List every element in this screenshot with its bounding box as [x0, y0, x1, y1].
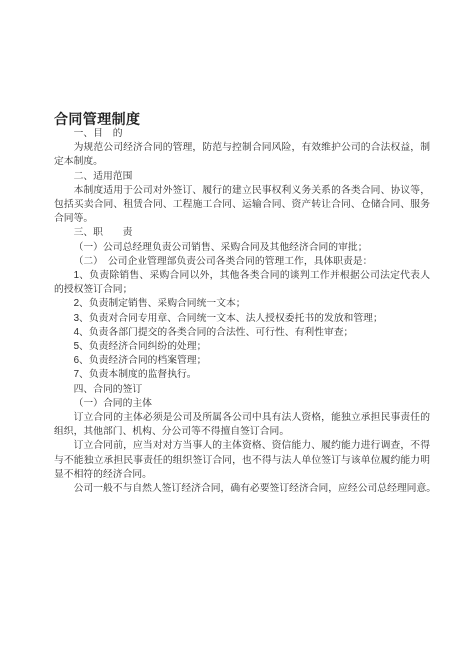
paragraph: 订立合同的主体必须是公司及所属各公司中具有法人资格，能独立承担民事责任的组织，其… [54, 411, 430, 439]
list-item: 1、负责除销售、采购合同以外，其他各类合同的谈判工作并根据公司法定代表人的授权签… [54, 269, 430, 297]
paragraph: 公司一般不与自然人签订经济合同，确有必要签订经济合同，应经公司总经理同意。 [54, 482, 430, 496]
document-page: 合同管理制度 一、目 的 为规范公司经济合同的管理，防范与控制合同风险，有效维护… [0, 0, 463, 655]
paragraph: （一）公司总经理负责公司销售、采购合同及其他经济合同的审批； [54, 241, 430, 255]
section-heading-scope: 二、适用范围 [54, 170, 430, 184]
list-item: 6、负责经济合同的档案管理； [54, 354, 430, 368]
paragraph: 本制度适用于公司对外签订、履行的建立民事权利义务关系的各类合同、协议等，包括买卖… [54, 184, 430, 227]
paragraph: （二） 公司企业管理部负责公司各类合同的管理工作，具体职责是： [54, 255, 430, 269]
list-item: 3、负责对合同专用章、合同统一文本、法人授权委托书的发放和管理； [54, 312, 430, 326]
section-heading-purpose: 一、目 的 [54, 127, 430, 141]
section-heading-signing: 四、合同的签订 [54, 383, 430, 397]
list-item: 4、负责各部门提交的各类合同的合法性、可行性、有利性审查； [54, 326, 430, 340]
subsection-heading-subject: （一）合同的主体 [54, 397, 430, 411]
list-item: 7、负责本制度的监督执行。 [54, 368, 430, 382]
list-item: 2、负责制定销售、采购合同统一文本； [54, 297, 430, 311]
paragraph: 订立合同前，应当对对方当事人的主体资格、资信能力、履约能力进行调查，不得与不能独… [54, 439, 430, 482]
paragraph: 为规范公司经济合同的管理，防范与控制合同风险，有效维护公司的合法权益，制定本制度… [54, 141, 430, 169]
section-heading-duties: 三、职 责 [54, 226, 430, 240]
doc-title: 合同管理制度 [54, 111, 430, 127]
list-item: 5、负责经济合同纠纷的处理； [54, 340, 430, 354]
